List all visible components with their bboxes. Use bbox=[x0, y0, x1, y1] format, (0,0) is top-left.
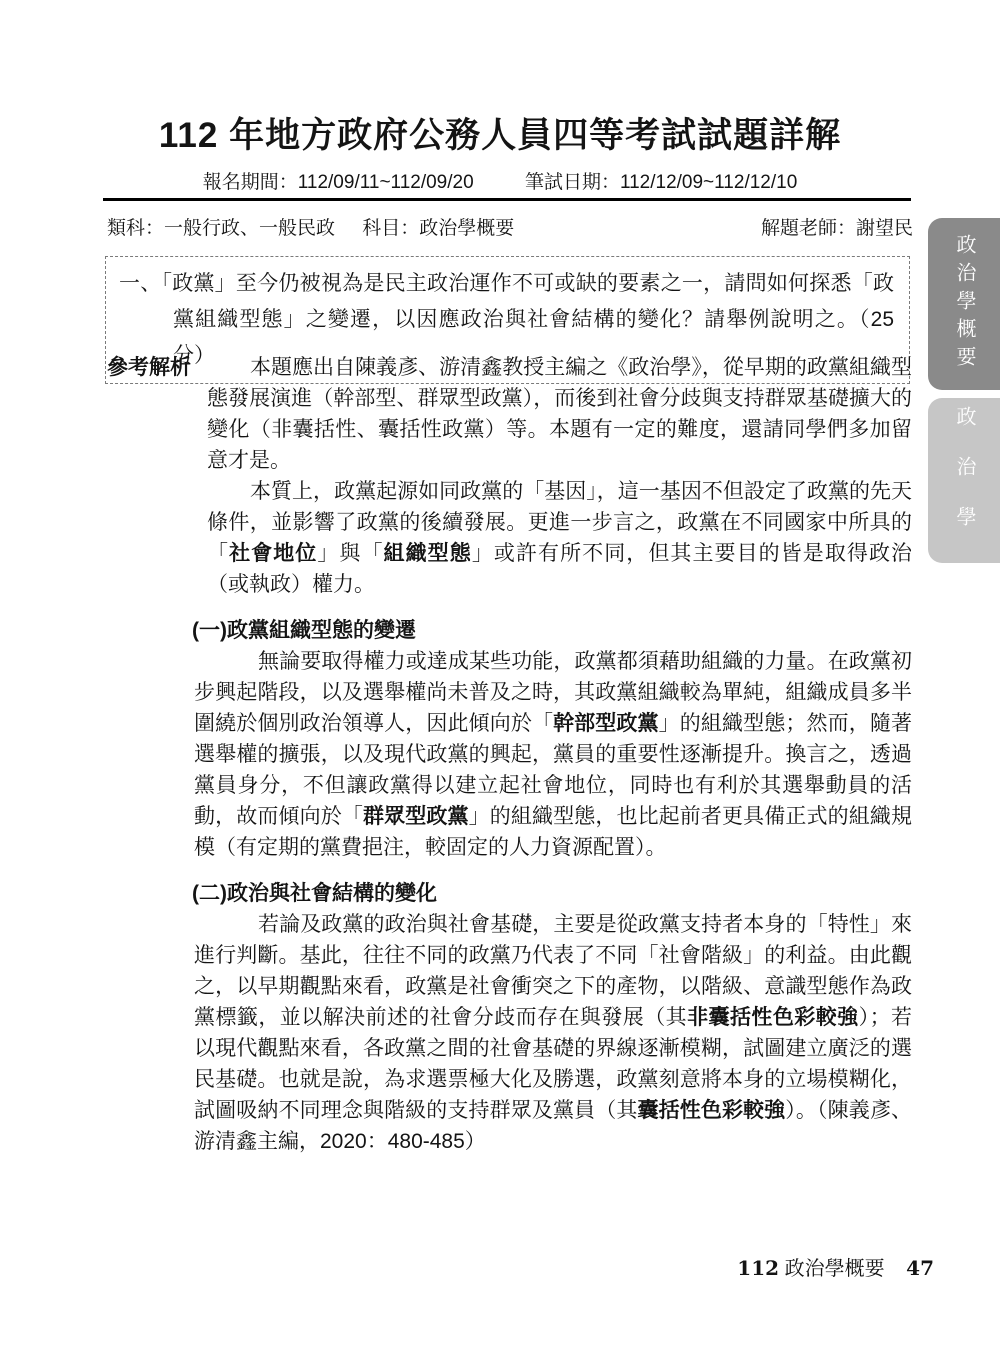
analysis-label: 參考解析 bbox=[107, 352, 191, 383]
sidebar-tab-politics-overview[interactable]: 政治學概要 bbox=[928, 218, 1000, 390]
bold-key-term: 群眾型政黨 bbox=[363, 805, 469, 828]
meta-row: 類科：一般行政、一般民政 科目：政治學概要 解題老師：謝望民 bbox=[107, 213, 913, 240]
category-subject-group: 類科：一般行政、一般民政 科目：政治學概要 bbox=[107, 213, 514, 240]
bold-key-term: 囊括性色彩較強 bbox=[637, 1099, 785, 1122]
sidebar-tab-politics[interactable]: 政治學 bbox=[928, 398, 1000, 563]
subject-label: 科目：政治學概要 bbox=[362, 218, 514, 239]
written-exam-date: 筆試日期：112/12/09~112/12/10 bbox=[525, 167, 797, 194]
teacher-label: 解題老師：謝望民 bbox=[761, 213, 913, 240]
footer-page-number: 47 bbox=[906, 1256, 934, 1280]
document-page: 112 年地方政府公務人員四等考試試題詳解 報名期間：112/09/11~112… bbox=[0, 0, 1000, 1353]
text-segment: 」與「 bbox=[317, 542, 383, 565]
bold-key-term: 社會地位 bbox=[229, 542, 317, 565]
sidebar-tab-label: 政治學 bbox=[954, 406, 974, 556]
analysis-intro-paragraph: 本質上，政黨起源如同政黨的「基因」，這一基因不但設定了政黨的先天條件，並影響了政… bbox=[207, 476, 912, 600]
registration-period: 報名期間：112/09/11~112/09/20 bbox=[203, 167, 474, 194]
footer-subject: 政治學概要 bbox=[785, 1258, 885, 1280]
bold-key-term: 組織型態 bbox=[384, 542, 472, 565]
sidebar-tab-label: 政治學概要 bbox=[954, 234, 974, 374]
exam-dates-line: 報名期間：112/09/11~112/09/20 筆試日期：112/12/09~… bbox=[0, 167, 1000, 194]
page-footer: 112 政治學概要 47 bbox=[737, 1252, 934, 1281]
section-heading-1: (一)政黨組織型態的變遷 bbox=[192, 615, 912, 646]
category-label: 類科：一般行政、一般民政 bbox=[107, 218, 335, 239]
page-title: 112 年地方政府公務人員四等考試試題詳解 bbox=[0, 108, 1000, 158]
footer-volume: 112 bbox=[737, 1256, 779, 1280]
section-paragraph-1: 無論要取得權力或達成某些功能，政黨都須藉助組織的力量。在政黨初步興起階段，以及選… bbox=[194, 646, 912, 863]
bold-key-term: 幹部型政黨 bbox=[553, 712, 659, 735]
bold-key-term: 非囊括性色彩較強 bbox=[687, 1006, 859, 1029]
section-heading-2: (二)政治與社會結構的變化 bbox=[192, 878, 912, 909]
analysis-block: 參考解析 本題應出自陳義彥、游清鑫教授主編之《政治學》，從早期的政黨組織型態發展… bbox=[192, 352, 912, 1157]
analysis-intro-paragraph: 本題應出自陳義彥、游清鑫教授主編之《政治學》，從早期的政黨組織型態發展演進（幹部… bbox=[207, 352, 912, 476]
text-segment: 本題應出自陳義彥、游清鑫教授主編之《政治學》，從早期的政黨組織型態發展演進（幹部… bbox=[207, 356, 912, 472]
header-divider bbox=[103, 198, 911, 201]
section-paragraph-2: 若論及政黨的政治與社會基礎，主要是從政黨支持者本身的「特性」來進行判斷。基此，往… bbox=[194, 909, 912, 1157]
